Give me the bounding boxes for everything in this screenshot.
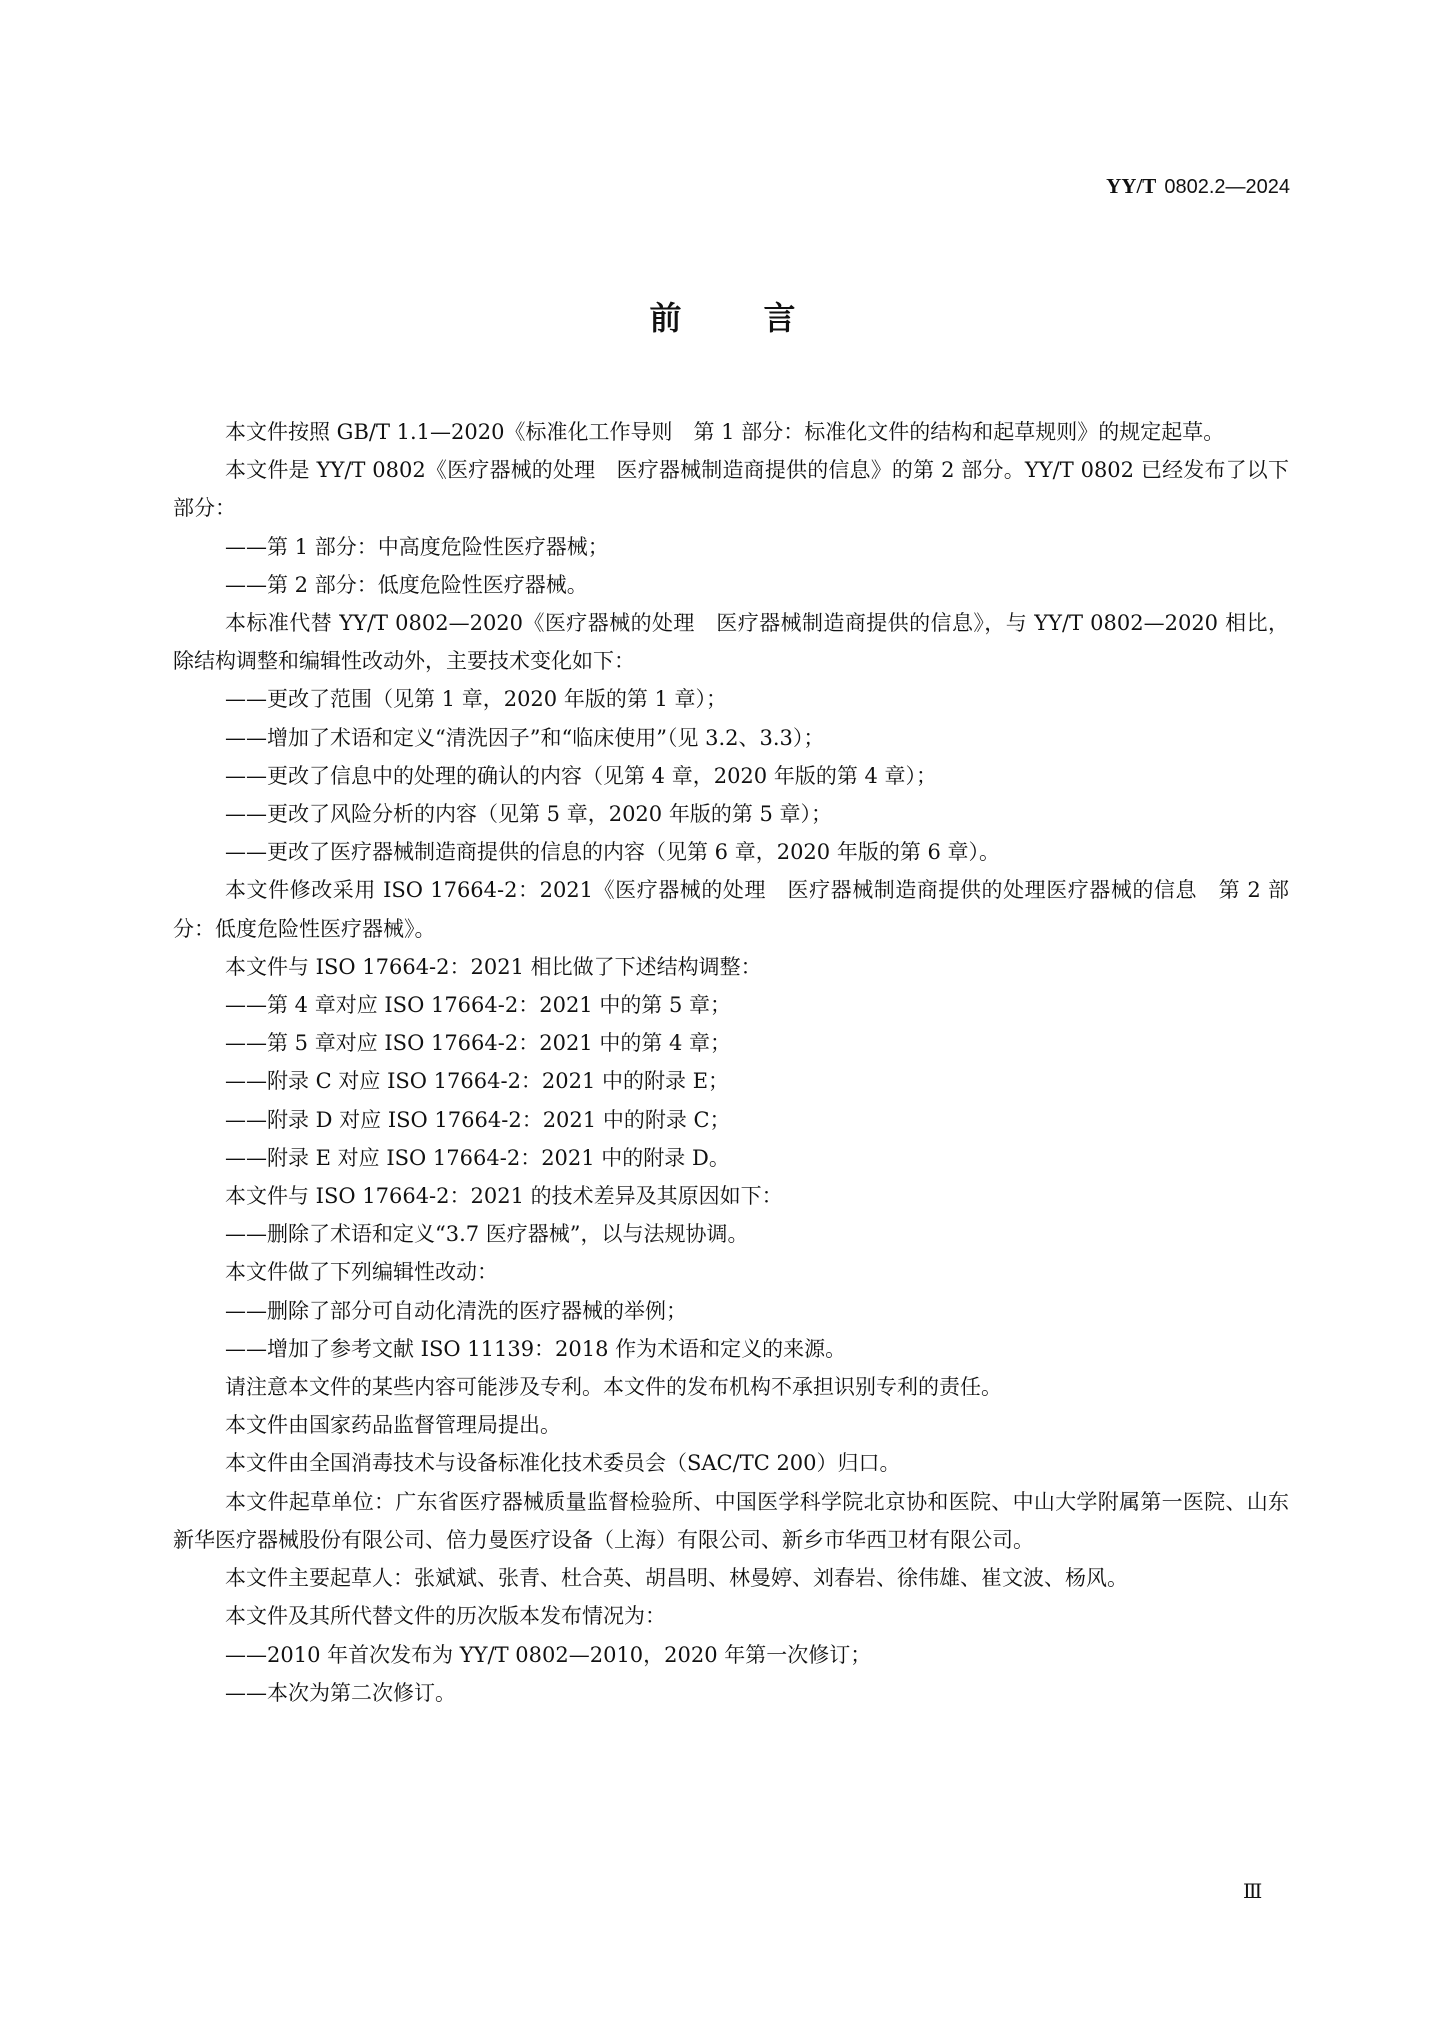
list-item: ——更改了范围（见第 1 章，2020 年版的第 1 章）； — [173, 680, 1289, 718]
paragraph: 本文件修改采用 ISO 17664-2：2021《医疗器械的处理 医疗器械制造商… — [173, 871, 1289, 947]
list-item: ——更改了信息中的处理的确认的内容（见第 4 章，2020 年版的第 4 章）； — [173, 757, 1289, 795]
list-item: ——增加了参考文献 ISO 11139：2018 作为术语和定义的来源。 — [173, 1330, 1289, 1368]
list-item: ——更改了风险分析的内容（见第 5 章，2020 年版的第 5 章）； — [173, 795, 1289, 833]
list-item: ——本次为第二次修订。 — [173, 1674, 1289, 1712]
list-item: ——第 4 章对应 ISO 17664-2：2021 中的第 5 章； — [173, 986, 1289, 1024]
standard-code-prefix: YY/T — [1106, 174, 1156, 198]
list-item: ——附录 C 对应 ISO 17664-2：2021 中的附录 E； — [173, 1062, 1289, 1100]
list-item: ——第 1 部分：中高度危险性医疗器械； — [173, 528, 1289, 566]
list-item: ——增加了术语和定义“清洗因子”和“临床使用”（见 3.2、3.3）； — [173, 719, 1289, 757]
page-title: 前言 — [0, 296, 1445, 340]
paragraph: 本文件由国家药品监督管理局提出。 — [173, 1406, 1289, 1444]
list-item: ——附录 E 对应 ISO 17664-2：2021 中的附录 D。 — [173, 1139, 1289, 1177]
page-number: Ⅲ — [1243, 1878, 1262, 1906]
list-item: ——更改了医疗器械制造商提供的信息的内容（见第 6 章，2020 年版的第 6 … — [173, 833, 1289, 871]
paragraph: 本文件由全国消毒技术与设备标准化技术委员会（SAC/TC 200）归口。 — [173, 1444, 1289, 1482]
paragraph: 本文件起草单位：广东省医疗器械质量监督检验所、中国医学科学院北京协和医院、中山大… — [173, 1483, 1289, 1559]
list-item: ——第 5 章对应 ISO 17664-2：2021 中的第 4 章； — [173, 1024, 1289, 1062]
paragraph: 本文件做了下列编辑性改动： — [173, 1253, 1289, 1291]
title-char-2: 言 — [764, 296, 796, 340]
title-char-1: 前 — [649, 296, 681, 340]
list-item: ——附录 D 对应 ISO 17664-2：2021 中的附录 C； — [173, 1101, 1289, 1139]
paragraph: 本文件与 ISO 17664-2：2021 相比做了下述结构调整： — [173, 948, 1289, 986]
paragraph: 本文件主要起草人：张斌斌、张青、杜合英、胡昌明、林曼婷、刘春岩、徐伟雄、崔文波、… — [173, 1559, 1289, 1597]
list-item: ——删除了部分可自动化清洗的医疗器械的举例； — [173, 1292, 1289, 1330]
standard-code-number: 0802.2—2024 — [1164, 176, 1290, 198]
paragraph: 本标准代替 YY/T 0802—2020《医疗器械的处理 医疗器械制造商提供的信… — [173, 604, 1289, 680]
paragraph: 本文件与 ISO 17664-2：2021 的技术差异及其原因如下： — [173, 1177, 1289, 1215]
list-item: ——删除了术语和定义“3.7 医疗器械”，以与法规协调。 — [173, 1215, 1289, 1253]
standard-code-header: YY/T0802.2—2024 — [1106, 172, 1290, 201]
list-item: ——2010 年首次发布为 YY/T 0802—2010，2020 年第一次修订… — [173, 1636, 1289, 1674]
paragraph: 本文件是 YY/T 0802《医疗器械的处理 医疗器械制造商提供的信息》的第 2… — [173, 451, 1289, 527]
list-item: ——第 2 部分：低度危险性医疗器械。 — [173, 566, 1289, 604]
foreword-body: 本文件按照 GB/T 1.1—2020《标准化工作导则 第 1 部分：标准化文件… — [173, 413, 1289, 1712]
paragraph: 请注意本文件的某些内容可能涉及专利。本文件的发布机构不承担识别专利的责任。 — [173, 1368, 1289, 1406]
paragraph: 本文件按照 GB/T 1.1—2020《标准化工作导则 第 1 部分：标准化文件… — [173, 413, 1289, 451]
paragraph: 本文件及其所代替文件的历次版本发布情况为： — [173, 1597, 1289, 1635]
